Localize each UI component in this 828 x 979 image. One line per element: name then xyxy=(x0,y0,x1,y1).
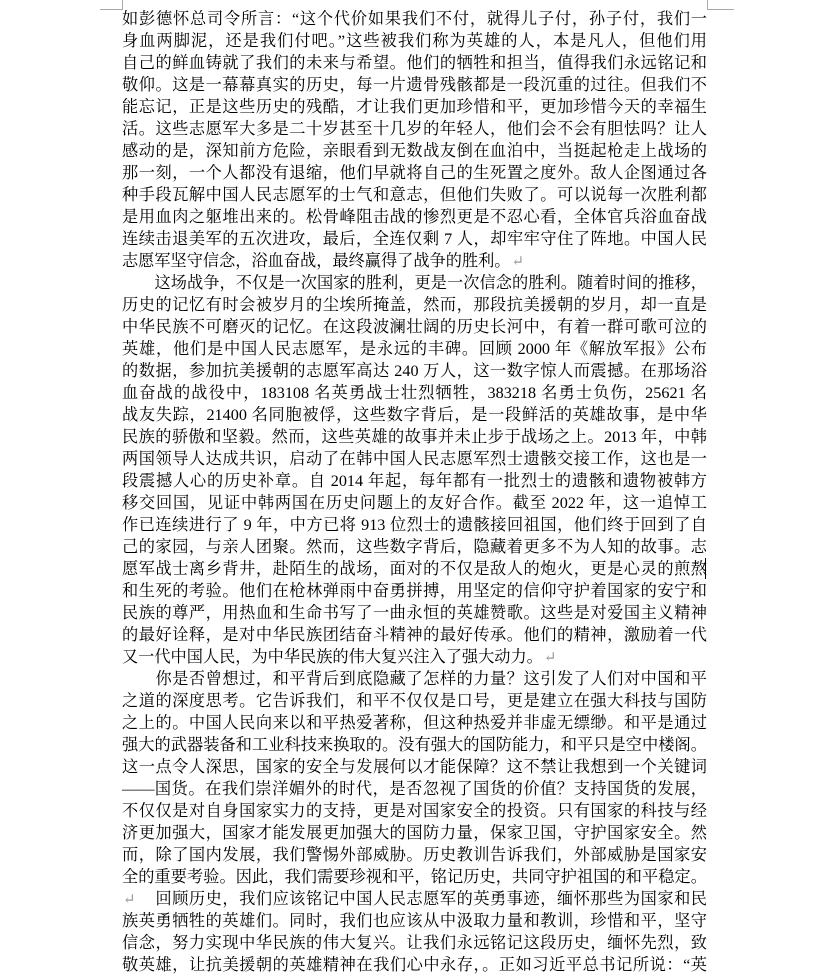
text-line: 族英勇牺牲的英雄们。同时，我们也应该从中汲取力量和教训，珍惜和平，坚守 xyxy=(122,910,707,932)
text-line: 能忘记，正是这些历史的残酷，才让我们更加珍惜和平，更加珍惜今天的幸福生 xyxy=(122,96,707,118)
text-line: 英雄，他们是中国人民志愿军，是永远的丰碑。回顾 2000 年《解放军报》公布 xyxy=(122,338,707,360)
text-line: 这一点令人深思，国家的安全与发展何以才能保障？这不禁让我想到一个关键词 xyxy=(122,756,707,778)
text-line: 身血两脚泥，还是我们付吧。”这些被我们称为英雄的人，本是凡人，但他们用 xyxy=(122,30,707,52)
text-line: 而，除了国内发展，我们警惕外部威胁。历史教训告诉我们，外部威胁是国家安 xyxy=(122,844,707,866)
paragraph-mark-icon: ↵ xyxy=(543,650,557,666)
text-line: 之上的。中国人民向来以和平热爱著称，但这种热爱并非虚无缥缈。和平是通过 xyxy=(122,712,707,734)
text-line: 那一刻，一个人都没有退缩，他们早就将自己的生死置之度外。敌人企图通过各 xyxy=(122,162,707,184)
text-line: 强大的武器装备和工业科技来换取的。没有强大的国防能力，和平只是空中楼阁。 xyxy=(122,734,707,756)
text-line: 你是否曾想过，和平背后到底隐藏了怎样的力量？这引发了人们对中国和平 xyxy=(122,668,707,690)
text-boundary-mark-top-left xyxy=(100,9,123,10)
text-line: 己的家园，与亲人团聚。然而，这些数字背后，隐藏着更多不为人知的故事。志 xyxy=(122,536,707,558)
text-line: 两国领导人达成共识，启动了在韩中国人民志愿军烈士遗骸交接工作，这也是一 xyxy=(122,448,707,470)
paragraph-mark-icon: ↵ xyxy=(511,254,525,270)
text-line: 历史的记忆有时会被岁月的尘埃所掩盖，然而，那段抗美援朝的岁月，却一直是 xyxy=(122,294,707,316)
text-line: 敬英雄，让抗美援朝的英雄精神在我们心中永存，。正如习近平总书记所说：“英 xyxy=(122,954,707,976)
text-line: 之道的深度思考。它告诉我们，和平不仅仅是口号，更是建立在强大科技与国防 xyxy=(122,690,707,712)
text-line: 种手段瓦解中国人民志愿军的士气和意志，但他们失败了。可以说每一次胜利都 xyxy=(122,184,707,206)
document-page[interactable]: 如彭德怀总司令所言：“这个代价如果我们不付，就得儿子付，孙子付，我们一身血两脚泥… xyxy=(0,0,828,979)
text-line: 的数据，参加抗美援朝的志愿军高达 240 万人，这一数字惊人而震撼。在那场浴 xyxy=(122,360,707,382)
text-line: 民族的骄傲和坚毅。然而，这些英雄的故事并未止步于战场之上。2013 年，中韩 xyxy=(122,426,707,448)
text-line: 不仅仅是对自身国家实力的支持，更是对国家安全的投资。只有国家的科技与经 xyxy=(122,800,707,822)
paragraph: 这场战争，不仅是一次国家的胜利，更是一次信念的胜利。随着时间的推移，历史的记忆有… xyxy=(122,272,707,668)
text-line: 的最好诠释，是对中华民族团结奋斗精神的最好传承。他们的精神，激励着一代 xyxy=(122,624,707,646)
text-line: 回顾历史，我们应该铭记中国人民志愿军的英勇事迹，缅怀那些为国家和民 xyxy=(122,888,707,910)
text-line: 信念，努力实现中华民族的伟大复兴。让我们永远铭记这段历史，缅怀先烈，致 xyxy=(122,932,707,954)
text-line: 血奋战的战役中，183108 名英勇战士壮烈牺牲，383218 名勇士负伤，25… xyxy=(122,382,707,404)
text-line: 全的重要考验。因此，我们需要珍视和平，铭记历史，共同守护祖国的和平稳定。↵ xyxy=(122,866,707,888)
text-line: 和生死的考验。他们在枪林弹雨中奋勇拼搏，用坚定的信仰守护着国家的安宁和 xyxy=(122,580,707,602)
text-line: 作已连续进行了 9 年，中方已将 913 位烈士的遗骸接回祖国，他们终于回到了自 xyxy=(122,514,707,536)
text-boundary-mark-top-right xyxy=(707,9,734,10)
text-line: 感动的是，深知前方危险，亲眼看到无数战友倒在血泊中，当挺起枪走上战场的 xyxy=(122,140,707,162)
paragraph: 回顾历史，我们应该铭记中国人民志愿军的英勇事迹，缅怀那些为国家和民族英勇牺牲的英… xyxy=(122,888,707,976)
text-line: 战友失踪，21400 名同胞被俘，这些数字背后，是一段鲜活的英雄故事，是中华 xyxy=(122,404,707,426)
document-text-area[interactable]: 如彭德怀总司令所言：“这个代价如果我们不付，就得儿子付，孙子付，我们一身血两脚泥… xyxy=(122,8,707,976)
paragraph: 你是否曾想过，和平背后到底隐藏了怎样的力量？这引发了人们对中国和平之道的深度思考… xyxy=(122,668,707,888)
text-line: 这场战争，不仅是一次国家的胜利，更是一次信念的胜利。随着时间的推移， xyxy=(122,272,707,294)
text-line: 志愿军坚守信念，浴血奋战，最终赢得了战争的胜利。↵ xyxy=(122,250,707,272)
text-line: 敬仰。这是一幕幕真实的历史，每一片遗骨残骸都是一段沉重的过往。但我们不 xyxy=(122,74,707,96)
text-boundary-mark-top-right xyxy=(707,0,708,9)
text-line: 又一代中国人民，为中华民族的伟大复兴注入了强大动力。↵ xyxy=(122,646,707,668)
paragraph: 如彭德怀总司令所言：“这个代价如果我们不付，就得儿子付，孙子付，我们一身血两脚泥… xyxy=(122,8,707,272)
text-line: 是用血肉之躯堆出来的。松骨峰阻击战的惨烈更是不忍心看，全体官兵浴血奋战 xyxy=(122,206,707,228)
text-line: ——国货。在我们崇洋媚外的时代，是否忽视了国货的价值？支持国货的发展， xyxy=(122,778,707,800)
text-line: 活。这些志愿军大多是二十岁甚至十几岁的年轻人，他们会不会有胆怯吗？让人 xyxy=(122,118,707,140)
text-cursor xyxy=(705,558,706,579)
text-line: 连续击退美军的五次进攻，最后，全连仅剩 7 人，却牢牢守住了阵地。中国人民 xyxy=(122,228,707,250)
text-line: 自己的鲜血铸就了我们的未来与希望。他们的牺牲和担当，值得我们永远铭记和 xyxy=(122,52,707,74)
text-line: 段震撼人心的历史补章。自 2014 年起，每年都有一批烈士的遗骸和遗物被韩方 xyxy=(122,470,707,492)
text-line: 如彭德怀总司令所言：“这个代价如果我们不付，就得儿子付，孙子付，我们一 xyxy=(122,8,707,30)
text-line: 民族的尊严，用热血和生命书写了一曲永恒的英雄赞歌。这些是对爱国主义精神 xyxy=(122,602,707,624)
text-line: 愿军战士离乡背井，赴陌生的战场，面对的不仅是敌人的炮火，更是心灵的煎熬 xyxy=(122,558,707,580)
text-line: 移交回国，见证中韩两国在历史问题上的友好合作。截至 2022 年，这一追悼工 xyxy=(122,492,707,514)
text-line: 中华民族不可磨灭的记忆。在这段波澜壮阔的历史长河中，有着一群可歌可泣的 xyxy=(122,316,707,338)
text-line: 济更加强大，国家才能发展更加强大的国防力量，保家卫国，守护国家安全。然 xyxy=(122,822,707,844)
